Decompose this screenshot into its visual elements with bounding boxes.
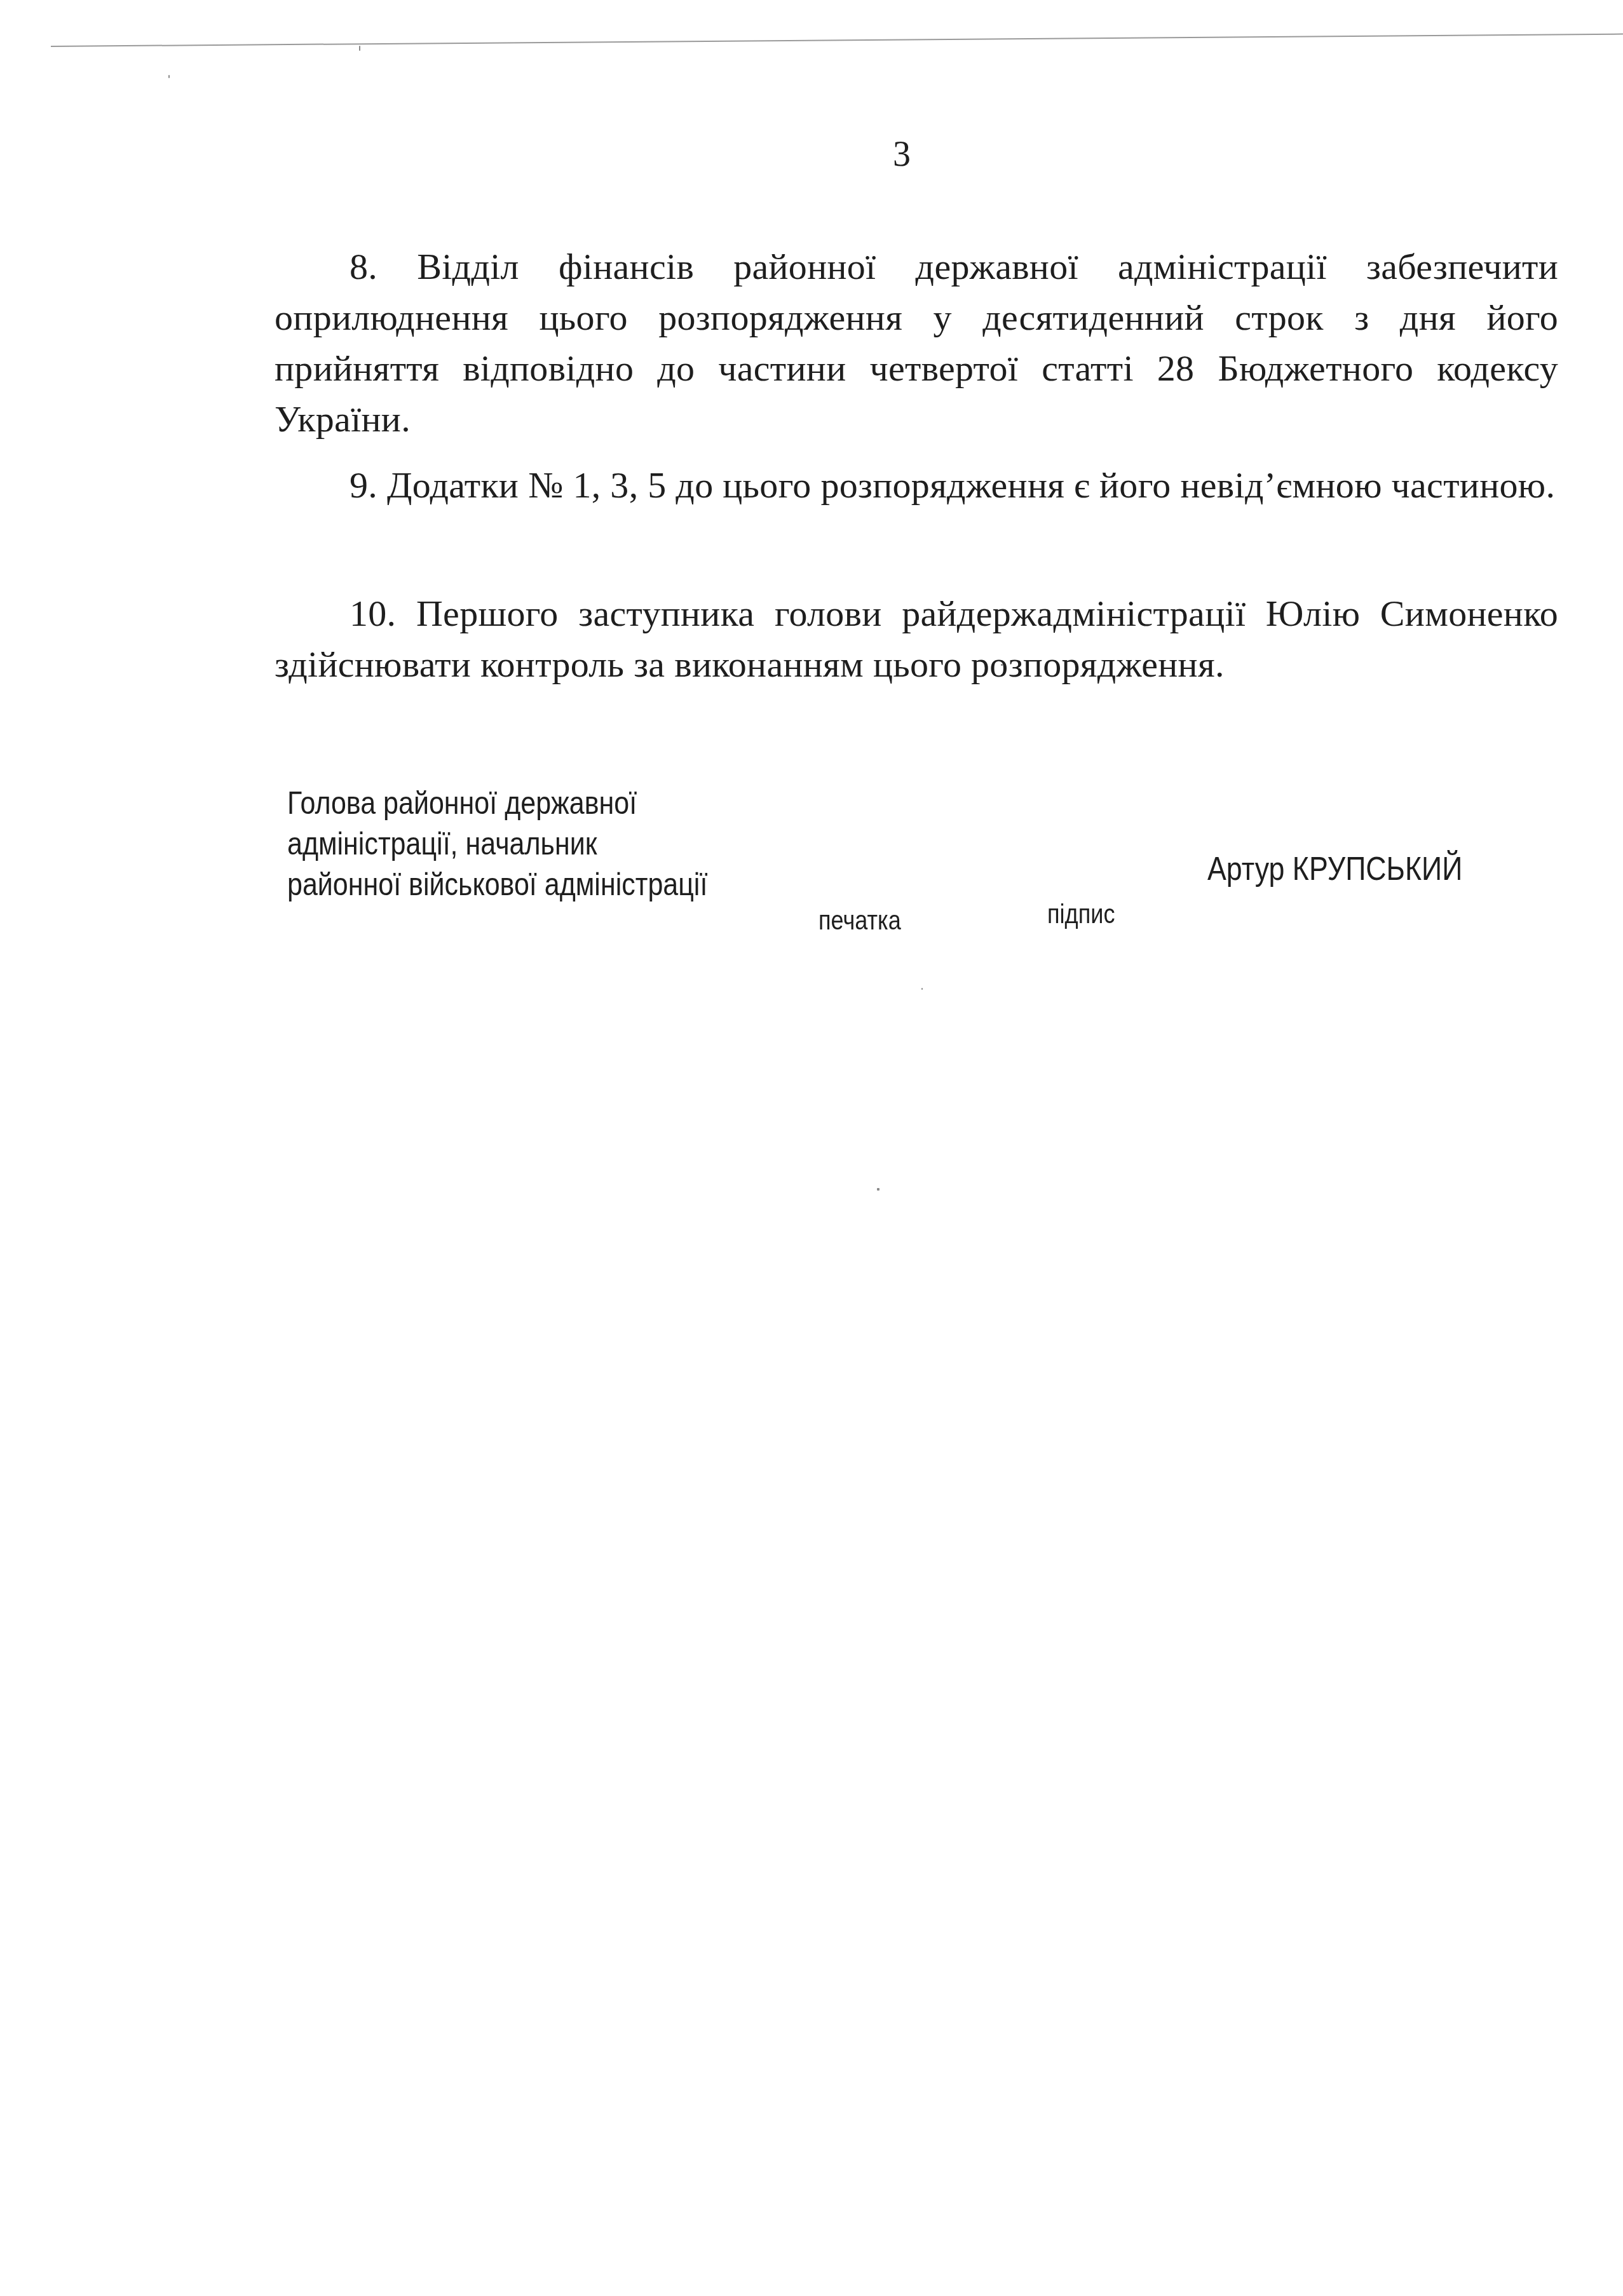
- scan-speck: [877, 1188, 879, 1191]
- scan-speck: [359, 46, 360, 51]
- signature-placeholder: підпис: [1047, 897, 1115, 931]
- signatory-name: Артур КРУПСЬКИЙ: [1207, 849, 1462, 889]
- paragraph-10: 10. Першого заступника голови райдержадм…: [275, 588, 1558, 690]
- signatory-title-line: районної військової адміністрації: [287, 864, 707, 905]
- scan-speck: [921, 988, 923, 990]
- paragraph-8-text: 8. Відділ фінансів районної державної ад…: [275, 246, 1558, 440]
- scan-border-line: [51, 34, 1623, 47]
- page-number: 3: [893, 137, 911, 172]
- signatory-title: Голова районної державної адміністрації,…: [287, 783, 707, 905]
- paragraph-10-text: 10. Першого заступника голови райдержадм…: [275, 593, 1558, 685]
- paragraph-8: 8. Відділ фінансів районної державної ад…: [275, 241, 1558, 445]
- paragraph-9-text: 9. Додатки № 1, 3, 5 до цього розпорядже…: [350, 464, 1555, 506]
- signatory-title-line: адміністрації, начальник: [287, 823, 707, 864]
- signatory-title-line: Голова районної державної: [287, 783, 707, 823]
- stamp-placeholder: печатка: [818, 903, 901, 938]
- scan-speck: [168, 75, 170, 78]
- paragraph-9: 9. Додатки № 1, 3, 5 до цього розпорядже…: [275, 460, 1558, 511]
